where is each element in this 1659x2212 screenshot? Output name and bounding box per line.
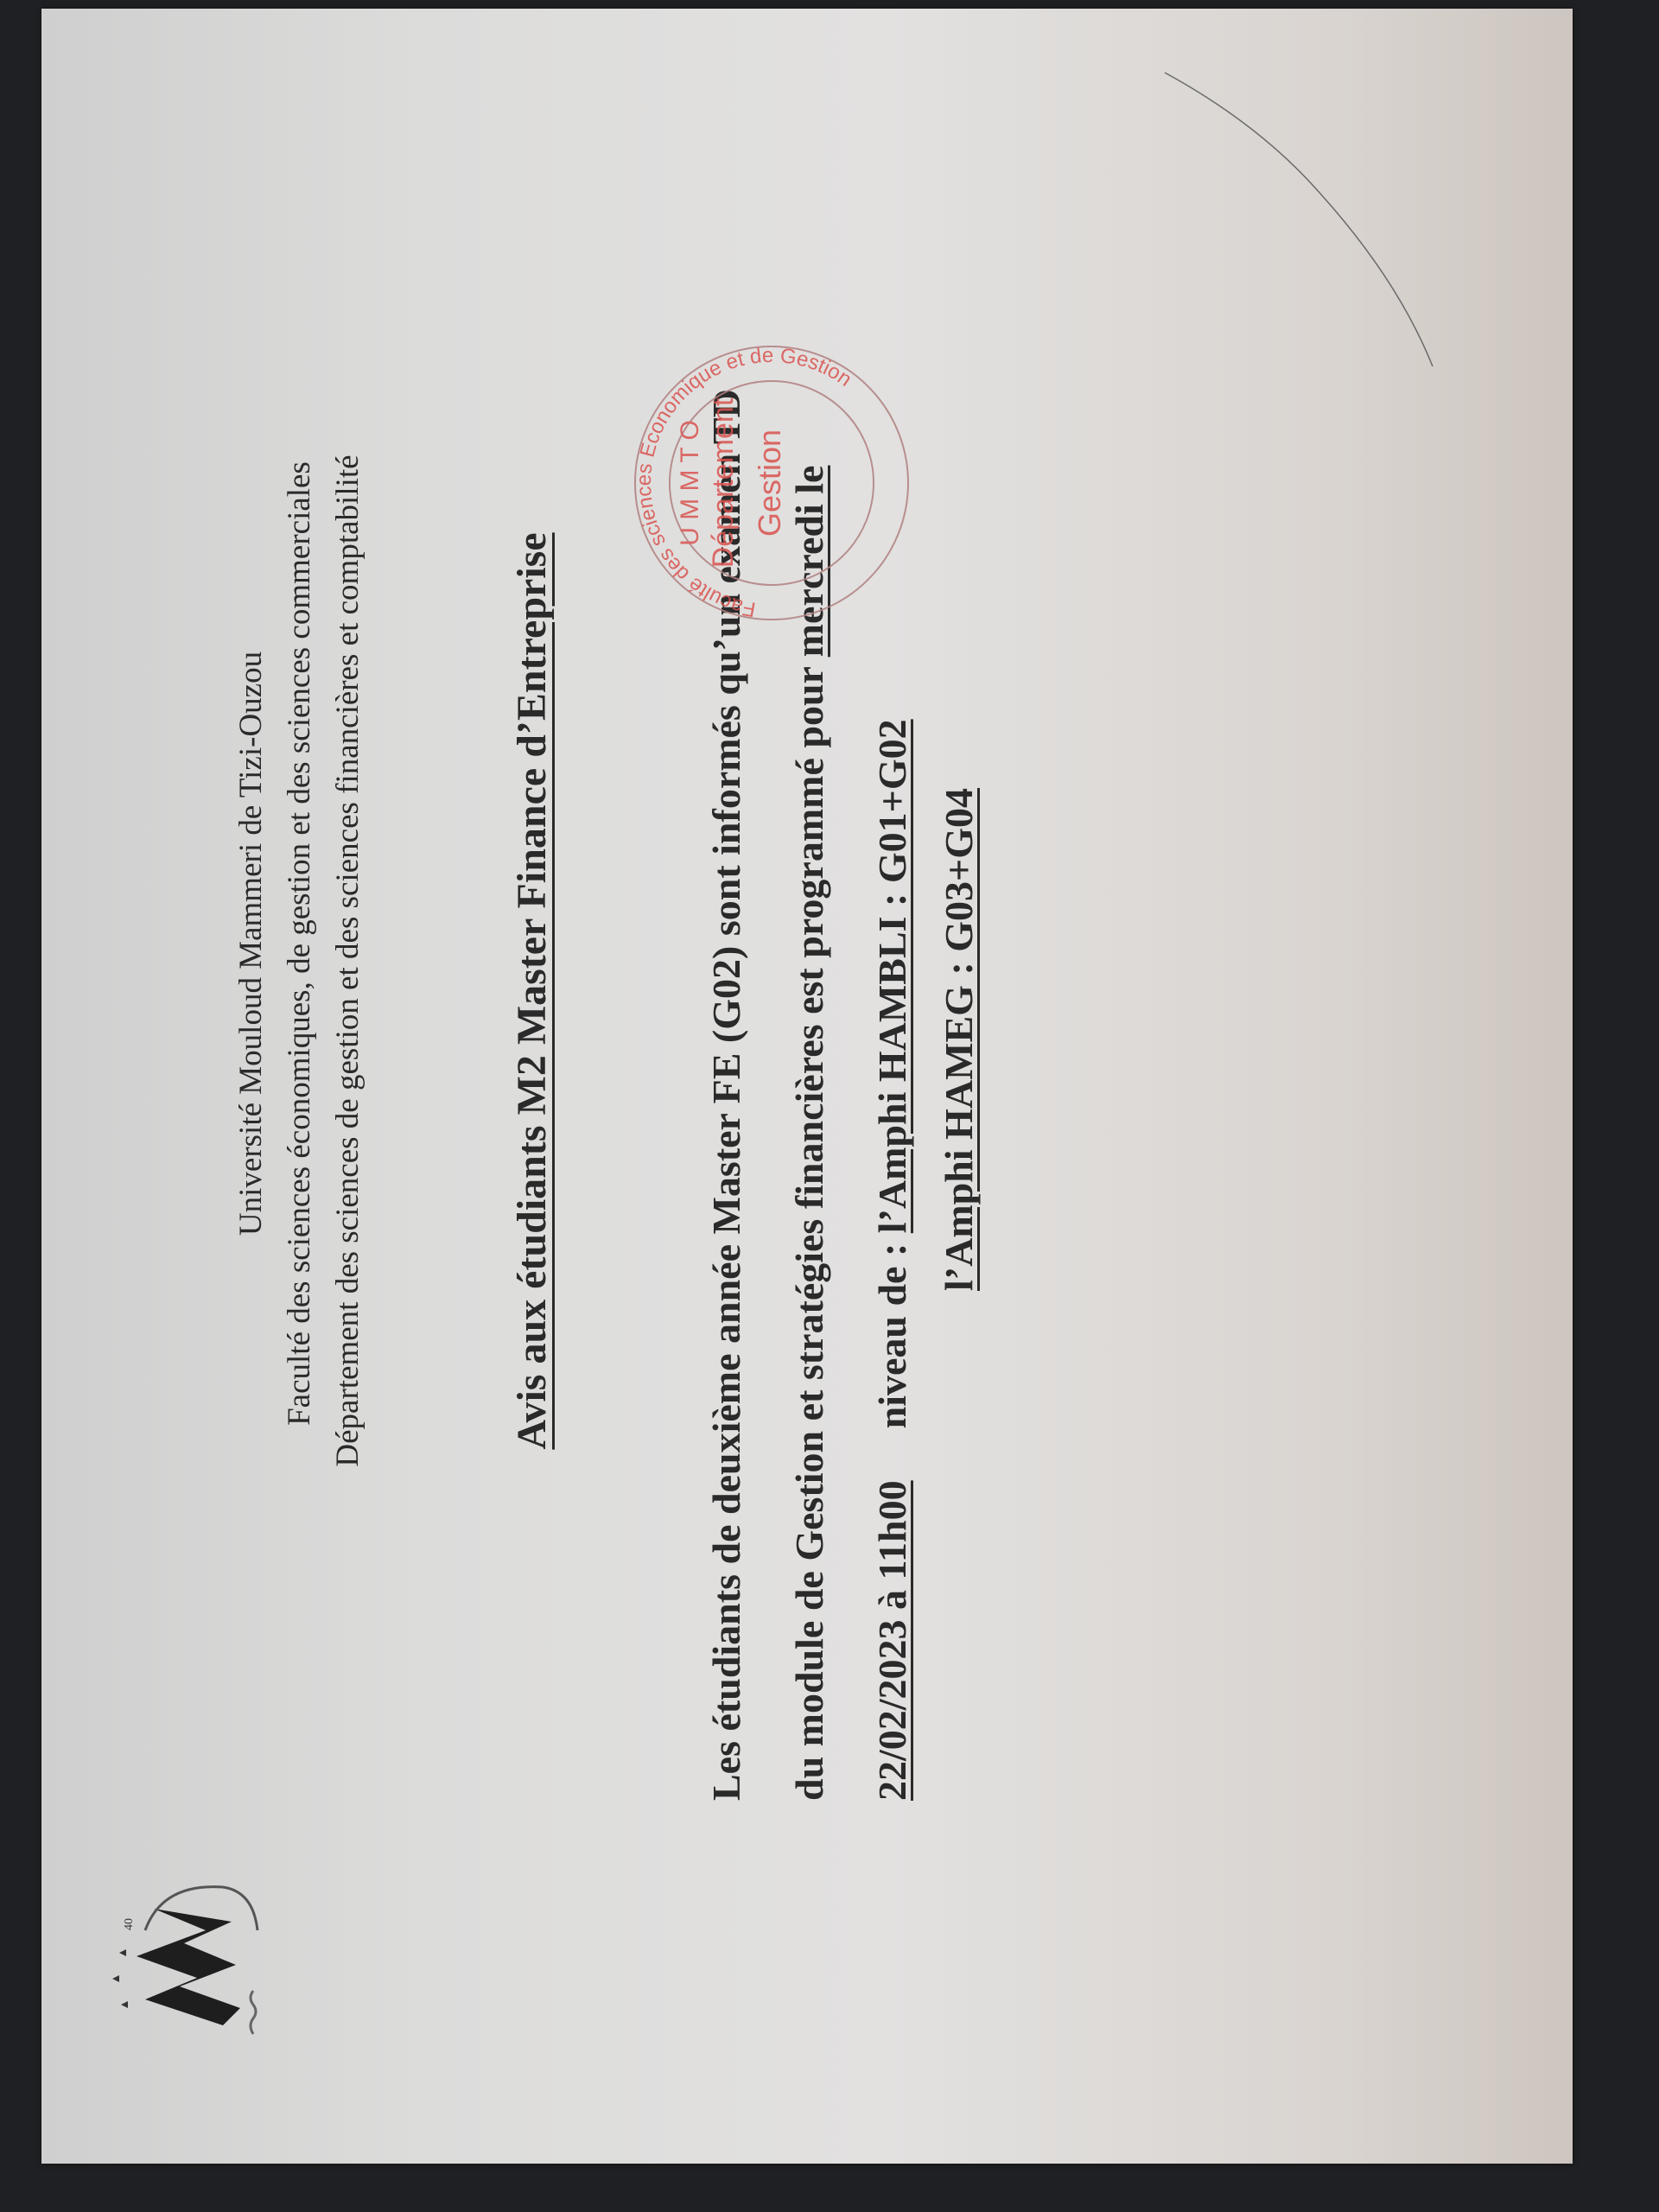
body-line-3: 22/02/2023 à 11h00niveau de : l’Amphi HA…	[851, 513, 934, 1801]
body-line-1: Les étudiants de deuxième année Master F…	[685, 513, 768, 1801]
faculty-name: Faculté des sciences économiques, de ges…	[276, 9, 324, 2164]
university-name: Université Mouloud Mammeri de Tizi-Ouzou	[227, 9, 276, 2164]
notice-title: Avis aux étudiants M2 Master Finance d’E…	[508, 9, 556, 2164]
location-label: niveau de :	[870, 1243, 914, 1429]
department-name: Département des sciences de gestion et d…	[324, 9, 372, 2164]
amphi-hameg: l’Amphi HAMEG : G03+G04	[936, 788, 982, 1291]
amphi-hambli: l’Amphi HAMBLI : G01+G02	[870, 719, 914, 1233]
exam-date-time: 22/02/2023 à 11h00	[870, 1480, 914, 1801]
notice-page: 40 Université Mouloud Mammeri de Tizi-Ou…	[41, 9, 1573, 2164]
stamp-inner-marks: U M M T O	[676, 420, 704, 546]
svg-text:40: 40	[123, 1918, 136, 1930]
document-header: Université Mouloud Mammeri de Tizi-Ouzou…	[227, 9, 372, 2164]
department-stamp: Faculté des sciences Economique et de Ge…	[629, 340, 914, 626]
notice-body: Les étudiants de deuxième année Master F…	[685, 513, 934, 1801]
body-line-2: du module de Gestion et stratégies finan…	[768, 513, 851, 1801]
stamp-inner-center: Gestion	[752, 429, 787, 537]
paper-crease-mark	[1139, 21, 1502, 384]
stamp-inner-top: Département	[707, 397, 740, 568]
body-line-2-text: du module de Gestion et stratégies finan…	[787, 667, 831, 1801]
paper-sheet: 40 Université Mouloud Mammeri de Tizi-Ou…	[41, 9, 1573, 2164]
